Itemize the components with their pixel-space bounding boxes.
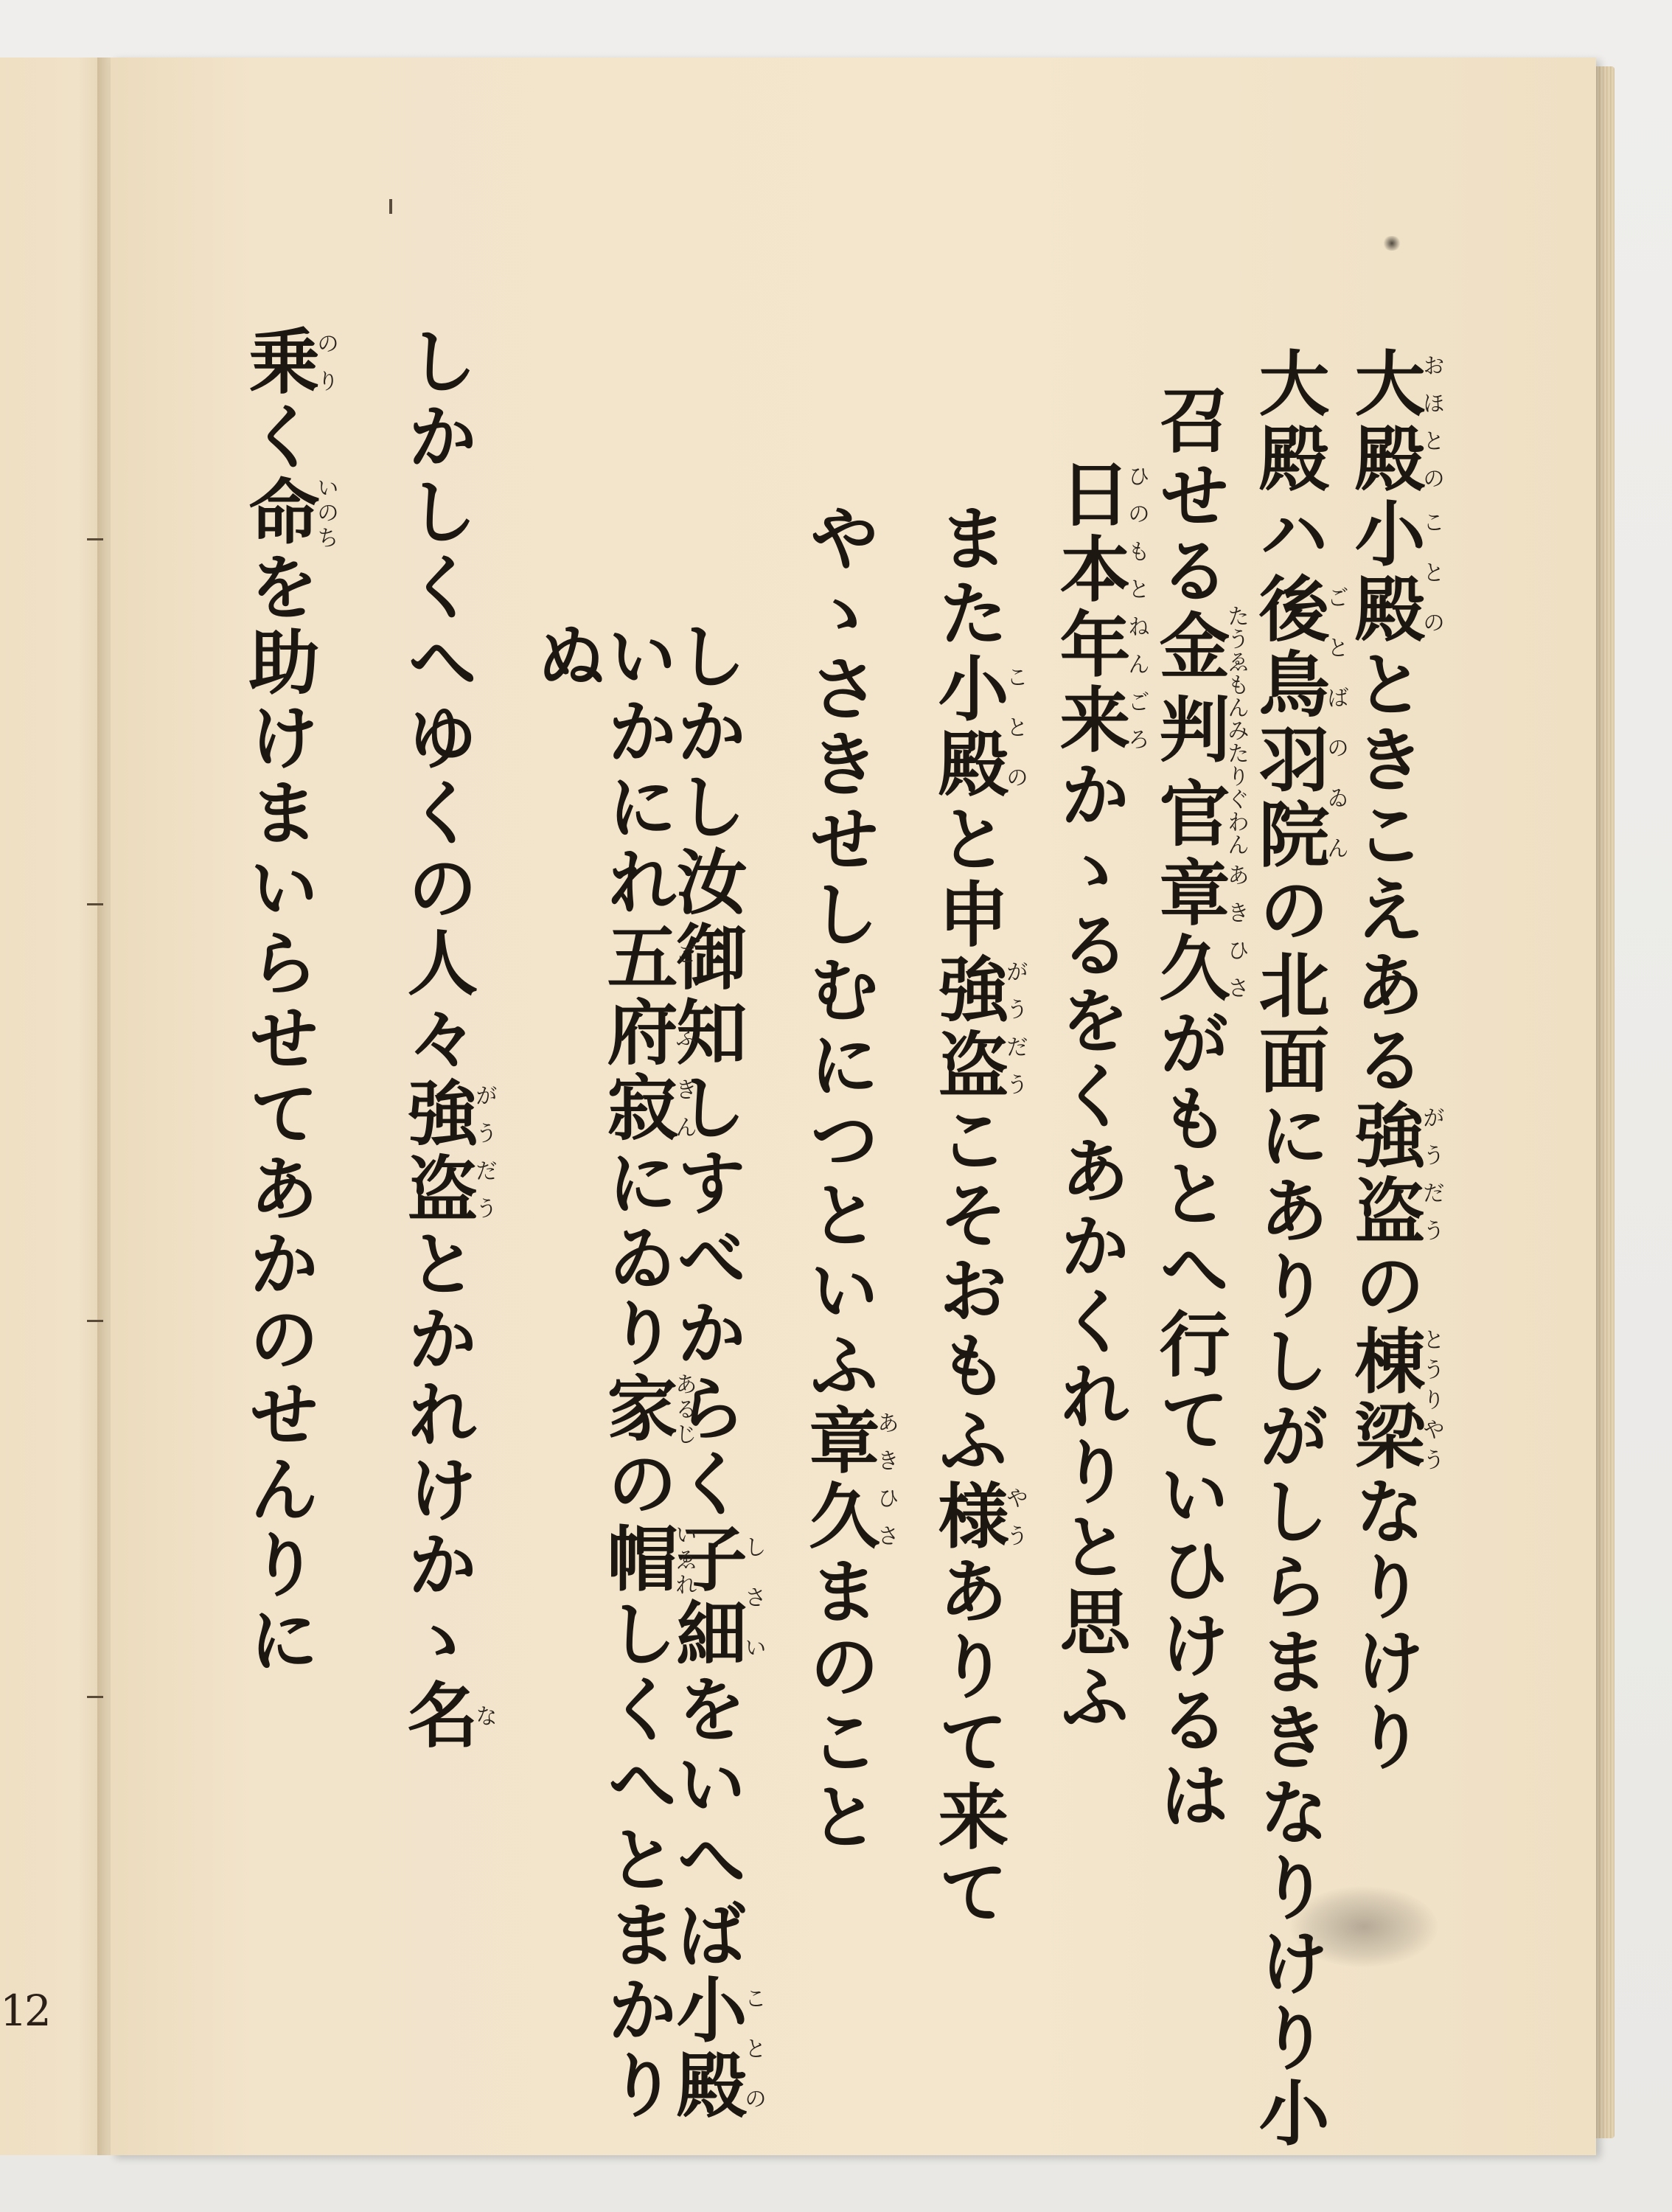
text-segment: また	[927, 501, 1010, 652]
ruby-word: 大殿おほとの	[1343, 347, 1427, 497]
ruby-word: 強盗がうだう	[396, 1077, 479, 1227]
ruby-word: 章久あきひさ	[1148, 856, 1231, 1006]
text-segment: かゝるをく	[1048, 758, 1132, 1134]
binding-stitch	[87, 1320, 103, 1322]
furigana: いのち	[313, 475, 338, 550]
furigana: しさい	[740, 1522, 766, 1672]
text-segment: とかれ	[396, 1227, 479, 1453]
furigana: な	[471, 1678, 497, 1753]
ruby-word: 寂きん	[596, 1071, 679, 1146]
text-column-10: 乗のりく命いのちを助けまいらせてあかのせんりに	[243, 324, 337, 1678]
column-text: 召せる金判官たうゑもんみたりぐわん章久あきひさがもとへ行ていひけるは	[1148, 383, 1231, 1834]
ruby-word: 五府ごふ	[596, 920, 679, 1071]
furigana: のり	[313, 324, 338, 400]
column-text: また小殿ことのと申強盗がうだうこそおもふ様やうありて来て	[927, 501, 1010, 1930]
furigana: あきひさ	[1223, 856, 1249, 1006]
ruby-word: 小殿ことの	[1343, 497, 1427, 647]
binding-stitch	[87, 903, 103, 905]
column-text: いかにれ五府ごふ寂きんにゐり家あるじの帽いゑれしくへとまかりぬ	[525, 619, 679, 2124]
text-segment: けかゝ	[396, 1453, 479, 1678]
binding-stitch	[87, 1696, 103, 1698]
furigana: おほとの	[1418, 347, 1444, 497]
furigana: がうだう	[1418, 1099, 1444, 1249]
manuscript-page: 大殿おほとの小殿ことのときこえある強盗がうだうの棟梁とうりやうなりけり大殿ハ後鳥…	[111, 58, 1596, 2155]
furigana: ことの	[1418, 497, 1444, 647]
ruby-word: 家あるじ	[596, 1371, 679, 1447]
text-segment: まのこと	[798, 1554, 881, 1855]
text-segment: なりけり	[1343, 1475, 1427, 1775]
furigana: きん	[671, 1071, 697, 1146]
ruby-word: 棟梁とうりやう	[1343, 1324, 1427, 1475]
text-segment: あかのせんりに	[237, 1152, 321, 1678]
text-segment: がもとへ行ていひけるは	[1148, 1006, 1231, 1834]
text-column-5: また小殿ことのと申強盗がうだうこそおもふ様やうありて来て	[933, 501, 1026, 1930]
furigana: がうだう	[471, 1077, 497, 1227]
text-column-9: しかしくへゆくの人々強盗がうだうとかれけかゝ名な	[402, 324, 495, 1753]
furigana: やう	[1002, 1479, 1028, 1554]
furigana: ごふ	[671, 920, 697, 1071]
furigana: ことの	[740, 1973, 766, 2124]
furigana: ひのもと	[1124, 457, 1149, 608]
ruby-word: 帽いゑれ	[596, 1522, 679, 1597]
text-segment: と申	[927, 802, 1010, 953]
furigana: ごとばのゐん	[1323, 572, 1348, 873]
furigana: とうりやう	[1418, 1324, 1444, 1475]
furigana: ねんごろ	[1124, 608, 1149, 758]
column-text: やゝさきせしむにつといふ章久あきひさまのこと	[798, 501, 881, 1855]
furigana: ことの	[1002, 652, 1028, 802]
text-segment: 大殿ハ	[1247, 347, 1331, 572]
furigana: がうだう	[1002, 953, 1028, 1103]
ruby-word: 強盗がうだう	[927, 953, 1010, 1103]
ruby-word: 日本ひのもと	[1048, 457, 1132, 608]
page-number: 12	[0, 1986, 49, 2036]
furigana: いゑれ	[671, 1522, 697, 1597]
text-segment: の	[1343, 1249, 1427, 1324]
ruby-word: 名な	[396, 1678, 479, 1753]
column-text: 乗のりく命いのちを助けまいらせてあかのせんりに	[237, 324, 321, 1678]
column-text: 大殿ハ後鳥羽院ごとばのゐんの北面にありしがしらまきなりけり小	[1247, 347, 1331, 2152]
ink-blot	[1382, 236, 1401, 251]
ruby-word: 小殿ことの	[927, 652, 1010, 802]
ruby-word: 命いのち	[237, 475, 321, 550]
text-segment: ありて来て	[927, 1554, 1010, 1930]
text-segment: やゝさきせしむ	[798, 501, 881, 1028]
text-segment: にゐり	[596, 1146, 679, 1371]
ruby-word: 章久あきひさ	[798, 1404, 881, 1554]
ink-mark	[389, 199, 392, 214]
left-page: 12	[0, 58, 112, 2155]
text-column-6: やゝさきせしむにつといふ章久あきひさまのこと	[804, 501, 897, 1855]
ruby-word: 金判官たうゑもんみたりぐわん	[1148, 609, 1231, 856]
column-text: しかしくへゆくの人々強盗がうだうとかれけかゝ名な	[396, 324, 479, 1753]
binding-stitch	[87, 538, 103, 540]
furigana: たうゑもんみたりぐわん	[1223, 605, 1249, 856]
text-segment: につといふ	[798, 1028, 881, 1404]
column-text: 大殿おほとの小殿ことのときこえある強盗がうだうの棟梁とうりやうなりけり	[1343, 347, 1427, 1775]
text-column-1: 大殿おほとの小殿ことのときこえある強盗がうだうの棟梁とうりやうなりけり	[1349, 347, 1443, 1775]
text-segment: を助けまいらせて	[237, 550, 321, 1152]
text-column-8: いかにれ五府ごふ寂きんにゐり家あるじの帽いゑれしくへとまかりぬ	[531, 619, 695, 2155]
text-segment: しかしくへゆくの人々	[396, 324, 479, 1077]
ruby-word: 強盗がうだう	[1343, 1099, 1427, 1249]
ruby-word: 乗のり	[237, 324, 321, 400]
text-segment: しらまきなりけり小	[1247, 1475, 1331, 2152]
text-segment: ときこえある	[1343, 647, 1427, 1099]
text-segment: く	[237, 400, 321, 475]
text-segment: あかくれりと思ふ	[1048, 1134, 1132, 1736]
ruby-word: 年来ねんごろ	[1048, 608, 1132, 758]
text-segment: の北面にありしが	[1247, 873, 1331, 1475]
column-text: 日本ひのもと年来ねんごろかゝるをくあかくれりと思ふ	[1048, 457, 1132, 1736]
text-segment: こそ	[927, 1103, 1010, 1253]
text-column-2: 大殿ハ後鳥羽院ごとばのゐんの北面にありしがしらまきなりけり小	[1253, 347, 1347, 2152]
ruby-word: 後鳥羽院ごとばのゐん	[1247, 572, 1331, 873]
text-segment: の	[596, 1447, 679, 1522]
furigana: あるじ	[671, 1371, 697, 1447]
text-column-4: 日本ひのもと年来ねんごろかゝるをくあかくれりと思ふ	[1054, 457, 1148, 1736]
text-segment: 召せる	[1148, 383, 1231, 609]
ruby-word: 様やう	[927, 1479, 1010, 1554]
text-segment: おもふ	[927, 1253, 1010, 1479]
text-column-3: 召せる金判官たうゑもんみたりぐわん章久あきひさがもとへ行ていひけるは	[1154, 383, 1247, 1834]
furigana: あきひさ	[873, 1404, 899, 1554]
